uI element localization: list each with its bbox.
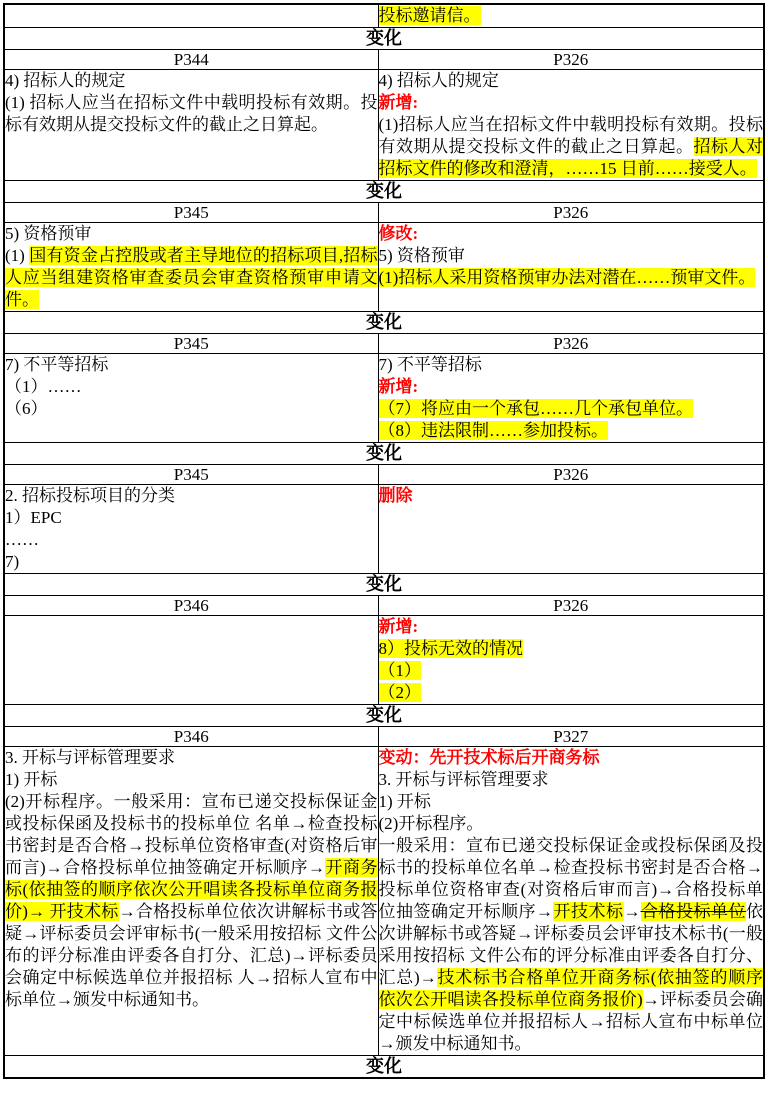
paragraph: 1) 开标 (5, 769, 378, 791)
change-band: 变化 (4, 705, 764, 727)
page-ref-new: P326 (378, 465, 764, 485)
cell-new-edition: 删除 (378, 485, 764, 574)
change-band: 变化 (4, 181, 764, 203)
paragraph: （6） (5, 398, 378, 420)
cell-new-edition: 新增:8）投标无效的情况（1）（2） (378, 616, 764, 705)
cell-old-edition (4, 4, 378, 28)
paragraph: (2)开标程序。 (379, 813, 764, 835)
table-row: P346P327 (4, 727, 764, 747)
table-row: P344P326 (4, 50, 764, 70)
cell-old-edition: 4) 招标人的规定(1) 招标人应当在招标文件中载明投标有效期。投标有效期从提交… (4, 70, 378, 181)
paragraph: 7) 不平等招标 (5, 354, 378, 376)
table-row: P345P326 (4, 334, 764, 354)
paragraph: (1)招标人应当在招标文件中载明投标有效期。投标有效期从提交投标文件的截止之日算… (379, 114, 764, 180)
change-band: 变化 (4, 1056, 764, 1079)
text-segment: 3. 开标与评标管理要求 (379, 770, 549, 789)
paragraph: 8）投标无效的情况 (379, 638, 764, 660)
change-band: 变化 (4, 443, 764, 465)
text-segment: (1) 招标人应当在招标文件中载明投标有效期。投标有效期从提交投标文件的截止之日… (5, 93, 378, 134)
table-row: P345P326 (4, 465, 764, 485)
text-segment: (1) (5, 246, 29, 265)
highlight-strike-segment: 合格投标单位 (641, 902, 747, 921)
paragraph: 新增: (379, 616, 764, 638)
page-ref-new: P326 (378, 596, 764, 616)
table-row: P346P326 (4, 596, 764, 616)
cell-old-edition: 5) 资格预审(1) 国有资金占控股或者主导地位的招标项目,招标人应当组建资格审… (4, 223, 378, 312)
paragraph: 变动：先开技术标后开商务标 (379, 747, 764, 769)
page-ref-old: P344 (4, 50, 378, 70)
paragraph: 2. 招标投标项目的分类 (5, 485, 378, 507)
table-row: P345P326 (4, 203, 764, 223)
red-change-label: 变动：先开技术标后开商务标 (379, 748, 600, 767)
text-segment: …… (5, 530, 39, 549)
table-row: 变化 (4, 28, 764, 50)
paragraph: （8）违法限制……参加投标。 (379, 420, 764, 442)
cell-new-edition: 7) 不平等招标新增:（7）将应由一个承包……几个承包单位。（8）违法限制……参… (378, 354, 764, 443)
text-segment: 7) (5, 552, 19, 571)
paragraph: 一般采用：宣布已递交投标保证金或投标保函及投标书的投标单位名单→检查投标书密封是… (379, 835, 764, 1055)
table-row: 5) 资格预审(1) 国有资金占控股或者主导地位的招标项目,招标人应当组建资格审… (4, 223, 764, 312)
paragraph: 新增: (379, 376, 764, 398)
cell-new-edition: 修改:5) 资格预审(1)招标人采用资格预审办法对潜在……预审文件。 (378, 223, 764, 312)
page-ref-new: P326 (378, 50, 764, 70)
page-ref-old: P345 (4, 203, 378, 223)
paragraph: （2） (379, 682, 764, 704)
text-segment: 5) 资格预审 (5, 224, 91, 243)
paragraph: 删除 (379, 485, 764, 507)
highlight-segment: 投标邀请信。 (379, 6, 481, 25)
paragraph: （1） (379, 660, 764, 682)
red-change-label: 新增: (379, 377, 419, 396)
page-ref-new: P327 (378, 727, 764, 747)
paragraph: 3. 开标与评标管理要求 (379, 769, 764, 791)
table-row: 变化 (4, 574, 764, 596)
table-row: 投标邀请信。 (4, 4, 764, 28)
paragraph: (1) 国有资金占控股或者主导地位的招标项目,招标人应当组建资格审查委员会审查资… (5, 245, 378, 311)
paragraph: 4) 招标人的规定 (5, 70, 378, 92)
text-segment: (2)开标程序。 (379, 814, 484, 833)
table-row: 7) 不平等招标（1）……（6）7) 不平等招标新增:（7）将应由一个承包……几… (4, 354, 764, 443)
text-segment: 7) 不平等招标 (5, 355, 108, 374)
text-segment: → (624, 902, 641, 921)
text-segment: （6） (5, 399, 48, 418)
text-segment: 1）EPC (5, 508, 62, 527)
comparison-table: 投标邀请信。变化P344P3264) 招标人的规定(1) 招标人应当在招标文件中… (3, 3, 765, 1079)
text-segment: 1) 开标 (5, 770, 57, 789)
table-row: 新增:8）投标无效的情况（1）（2） (4, 616, 764, 705)
page-ref-new: P326 (378, 334, 764, 354)
paragraph: 新增: (379, 92, 764, 114)
paragraph: 1) 开标 (379, 791, 764, 813)
paragraph: 4) 招标人的规定 (379, 70, 764, 92)
cell-new-edition: 投标邀请信。 (378, 4, 764, 28)
table-row: 变化 (4, 181, 764, 203)
paragraph: （7）将应由一个承包……几个承包单位。 (379, 398, 764, 420)
paragraph: 7) (5, 551, 378, 573)
page-ref-old: P346 (4, 596, 378, 616)
highlight-segment: 国有资金占控股或者主导地位的招标项目,招标人应当组建资格审查委员会审查资格预审申… (5, 246, 378, 309)
text-segment: 1) 开标 (379, 792, 431, 811)
table-row: 2. 招标投标项目的分类1）EPC……7)删除 (4, 485, 764, 574)
highlight-segment: 开技术标 (553, 902, 624, 921)
text-segment: 7) 不平等招标 (379, 355, 482, 374)
paragraph: 修改: (379, 223, 764, 245)
highlight-segment: （8）违法限制……参加投标。 (379, 421, 609, 440)
table-row: 4) 招标人的规定(1) 招标人应当在招标文件中载明投标有效期。投标有效期从提交… (4, 70, 764, 181)
highlight-segment: （2） (379, 683, 422, 702)
table-row: 变化 (4, 443, 764, 465)
paragraph: 3. 开标与评标管理要求 (5, 747, 378, 769)
highlight-segment: (1)招标人采用资格预审办法对潜在……预审文件。 (379, 268, 756, 287)
change-band: 变化 (4, 312, 764, 334)
paragraph: (1)招标人采用资格预审办法对潜在……预审文件。 (379, 267, 764, 289)
paragraph: 7) 不平等招标 (379, 354, 764, 376)
cell-old-edition: 7) 不平等招标（1）……（6） (4, 354, 378, 443)
text-segment: （1）…… (5, 377, 82, 396)
change-band: 变化 (4, 574, 764, 596)
paragraph: (1) 招标人应当在招标文件中载明投标有效期。投标有效期从提交投标文件的截止之日… (5, 92, 378, 136)
text-segment: 4) 招标人的规定 (5, 71, 125, 90)
paragraph: 5) 资格预审 (5, 223, 378, 245)
red-change-label: 新增: (379, 617, 419, 636)
highlight-segment: 8）投标无效的情况 (379, 639, 524, 658)
red-change-label: 新增: (379, 93, 419, 112)
table-row: 变化 (4, 312, 764, 334)
table-row: 3. 开标与评标管理要求1) 开标(2)开标程序。一般采用：宣布已递交投标保证金… (4, 747, 764, 1056)
highlight-segment: （7）将应由一个承包……几个承包单位。 (379, 399, 694, 418)
page-ref-old: P345 (4, 334, 378, 354)
page-ref-new: P326 (378, 203, 764, 223)
highlight-segment: （1） (379, 661, 422, 680)
cell-old-edition: 3. 开标与评标管理要求1) 开标(2)开标程序。一般采用：宣布已递交投标保证金… (4, 747, 378, 1056)
cell-old-edition (4, 616, 378, 705)
paragraph: （1）…… (5, 376, 378, 398)
table-row: 变化 (4, 705, 764, 727)
change-band: 变化 (4, 28, 764, 50)
table-row: 变化 (4, 1056, 764, 1079)
red-change-label: 修改: (379, 224, 419, 243)
page-ref-old: P346 (4, 727, 378, 747)
cell-old-edition: 2. 招标投标项目的分类1）EPC……7) (4, 485, 378, 574)
paragraph: 投标邀请信。 (379, 5, 764, 27)
paragraph: …… (5, 529, 378, 551)
cell-new-edition: 变动：先开技术标后开商务标3. 开标与评标管理要求1) 开标(2)开标程序。一般… (378, 747, 764, 1056)
text-segment: 3. 开标与评标管理要求 (5, 748, 175, 767)
text-segment: (2)开标程序。一般采用：宣布已递交投标保证金或投标保函及投标书的投标单位 名单… (5, 792, 378, 877)
text-segment: 5) 资格预审 (379, 246, 465, 265)
text-segment: 2. 招标投标项目的分类 (5, 486, 175, 505)
red-change-label: 删除 (379, 486, 413, 505)
paragraph: 1）EPC (5, 507, 378, 529)
paragraph: (2)开标程序。一般采用：宣布已递交投标保证金或投标保函及投标书的投标单位 名单… (5, 791, 378, 1011)
page-ref-old: P345 (4, 465, 378, 485)
paragraph: 5) 资格预审 (379, 245, 764, 267)
text-segment: 4) 招标人的规定 (379, 71, 499, 90)
cell-new-edition: 4) 招标人的规定新增:(1)招标人应当在招标文件中载明投标有效期。投标有效期从… (378, 70, 764, 181)
